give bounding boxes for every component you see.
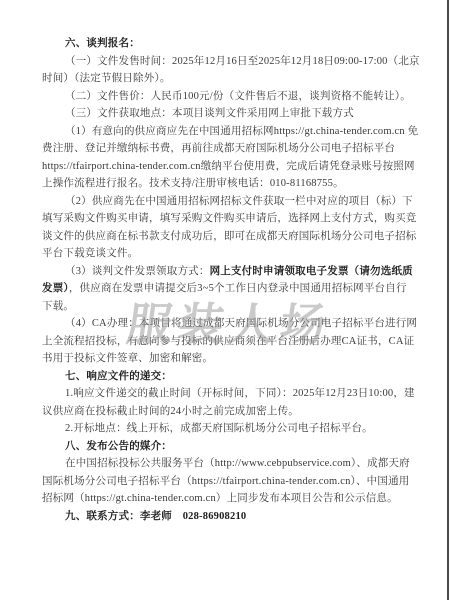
- text-line: （二）文件售价：人民币100元/份（文件售后不退，谈判资格不能转让）。: [42, 88, 412, 106]
- text-run: （二）文件售价：人民币100元/份（文件售后不退，谈判资格不能转让）。: [65, 91, 411, 102]
- text-run: 网上支付时申请领取电子发票（请勿选纸质: [210, 266, 413, 277]
- text-run: 八、发布公告的媒介：: [65, 441, 172, 452]
- document-page: 六、谈判报名：（一）文件发售时间：2025年12月16日至2025年12月18日…: [0, 0, 450, 600]
- text-run: 国际机场分公司电子招标平台（https://tfairport.china-te…: [42, 476, 409, 487]
- text-line: 九、联系方式：李老师 028-86908210: [42, 508, 412, 526]
- page-right-border: [447, 0, 449, 600]
- text-run: 书用于投标文件签章、加密和解密。: [42, 353, 213, 364]
- text-run: （一）文件发售时间：2025年12月16日至2025年12月18日09:00-1…: [65, 56, 420, 67]
- text-run: 平台下载竞谈文件。: [42, 248, 138, 259]
- text-line: 招标网（https://gt.china-tender.com.cn）上同步发布…: [42, 490, 412, 508]
- text-run: 六、谈判报名：: [65, 38, 140, 49]
- text-line: 议供应商在投标截止时间的24小时之前完成加密上传。: [42, 403, 412, 421]
- text-run: https://tfairport.china-tender.com.cn缴纳平…: [42, 161, 415, 172]
- text-line: 下载。: [42, 298, 412, 316]
- text-run: （1）有意向的供应商应先在中国通用招标网https://gt.china-ten…: [65, 126, 418, 137]
- text-line: （三）文件获取地点：本项目谈判文件采用网上审批下载方式: [42, 105, 412, 123]
- text-run: 七、响应文件的递交：: [65, 371, 172, 382]
- text-line: https://tfairport.china-tender.com.cn缴纳平…: [42, 158, 412, 176]
- text-run: （三）文件获取地点：本项目谈判文件采用网上审批下载方式: [65, 108, 354, 119]
- text-run: 议供应商在投标截止时间的24小时之前完成加密上传。: [42, 406, 299, 417]
- text-run: 招标网（https://gt.china-tender.com.cn）上同步发布…: [42, 493, 398, 504]
- text-run: （4）CA办理：本项目将通过成都天府国际机场分公司电子招标平台进行网: [65, 318, 417, 329]
- text-line: 七、响应文件的递交：: [42, 368, 412, 386]
- text-run: 2.开标地点：线上开标，成都天府国际机场分公司电子招标平台。: [65, 423, 373, 434]
- text-run: 谈文件的供应商在标书款支付成功后，即可在成都天府国际机场分公司电子招标: [42, 231, 417, 242]
- text-line: 费注册、登记并缴纳标书费，再前往成都天府国际机场分公司电子招标平台: [42, 140, 412, 158]
- text-line: （3）谈判文件发票领取方式：网上支付时申请领取电子发票（请勿选纸质: [42, 263, 412, 281]
- text-run: ，供应商在发票申请提交后3~5个工作日内登录中国通用招标网平台自行: [69, 283, 407, 294]
- text-line: 谈文件的供应商在标书款支付成功后，即可在成都天府国际机场分公司电子招标: [42, 228, 412, 246]
- text-line: 2.开标地点：线上开标，成都天府国际机场分公司电子招标平台。: [42, 420, 412, 438]
- text-run: 九、联系方式：李老师 028-86908210: [65, 511, 246, 522]
- text-line: 上操作流程进行报名。技术支持/注册审核电话：010-81168755。: [42, 175, 412, 193]
- text-line: （2）供应商先在中国通用招标网招标文件获取一栏中对应的项目（标）下: [42, 193, 412, 211]
- text-run: 填写采购文件购买申请，填写采购文件购买申请后，选择网上支付方式，购买竞: [42, 213, 417, 224]
- text-line: （4）CA办理：本项目将通过成都天府国际机场分公司电子招标平台进行网: [42, 315, 412, 333]
- text-run: 在中国招标投标公共服务平台（http://www.cebpubservice.c…: [65, 458, 410, 469]
- text-line: 发票），供应商在发票申请提交后3~5个工作日内登录中国通用招标网平台自行: [42, 280, 412, 298]
- text-run: 上全流程招投标，有意向参与投标的供应商须在平台注册后办理CA证书，CA证: [42, 336, 414, 347]
- document-lines: 六、谈判报名：（一）文件发售时间：2025年12月16日至2025年12月18日…: [42, 35, 412, 525]
- text-run: 费注册、登记并缴纳标书费，再前往成都天府国际机场分公司电子招标平台: [42, 143, 395, 154]
- text-line: 在中国招标投标公共服务平台（http://www.cebpubservice.c…: [42, 455, 412, 473]
- text-line: （一）文件发售时间：2025年12月16日至2025年12月18日09:00-1…: [42, 53, 412, 71]
- text-line: 书用于投标文件签章、加密和解密。: [42, 350, 412, 368]
- text-line: （1）有意向的供应商应先在中国通用招标网https://gt.china-ten…: [42, 123, 412, 141]
- text-run: 下载。: [42, 301, 74, 312]
- text-line: 1.响应文件递交的截止时间（开标时间，下同）：2025年12月23日10:00，…: [42, 385, 412, 403]
- text-line: 平台下载竞谈文件。: [42, 245, 412, 263]
- text-run: （3）谈判文件发票领取方式：: [65, 266, 210, 277]
- text-line: 国际机场分公司电子招标平台（https://tfairport.china-te…: [42, 473, 412, 491]
- text-run: 1.响应文件递交的截止时间（开标时间，下同）：2025年12月23日10:00，…: [65, 388, 415, 399]
- text-line: 六、谈判报名：: [42, 35, 412, 53]
- text-line: 上全流程招投标，有意向参与投标的供应商须在平台注册后办理CA证书，CA证: [42, 333, 412, 351]
- text-run: 上操作流程进行报名。技术支持/注册审核电话：010-81168755。: [42, 178, 344, 189]
- text-run: 发票）: [42, 283, 69, 294]
- text-line: 填写采购文件购买申请，填写采购文件购买申请后，选择网上支付方式，购买竞: [42, 210, 412, 228]
- text-run: 时间）（法定节假日除外）。: [42, 73, 171, 84]
- text-line: 八、发布公告的媒介：: [42, 438, 412, 456]
- text-line: 时间）（法定节假日除外）。: [42, 70, 412, 88]
- text-run: （2）供应商先在中国通用招标网招标文件获取一栏中对应的项目（标）下: [65, 196, 413, 207]
